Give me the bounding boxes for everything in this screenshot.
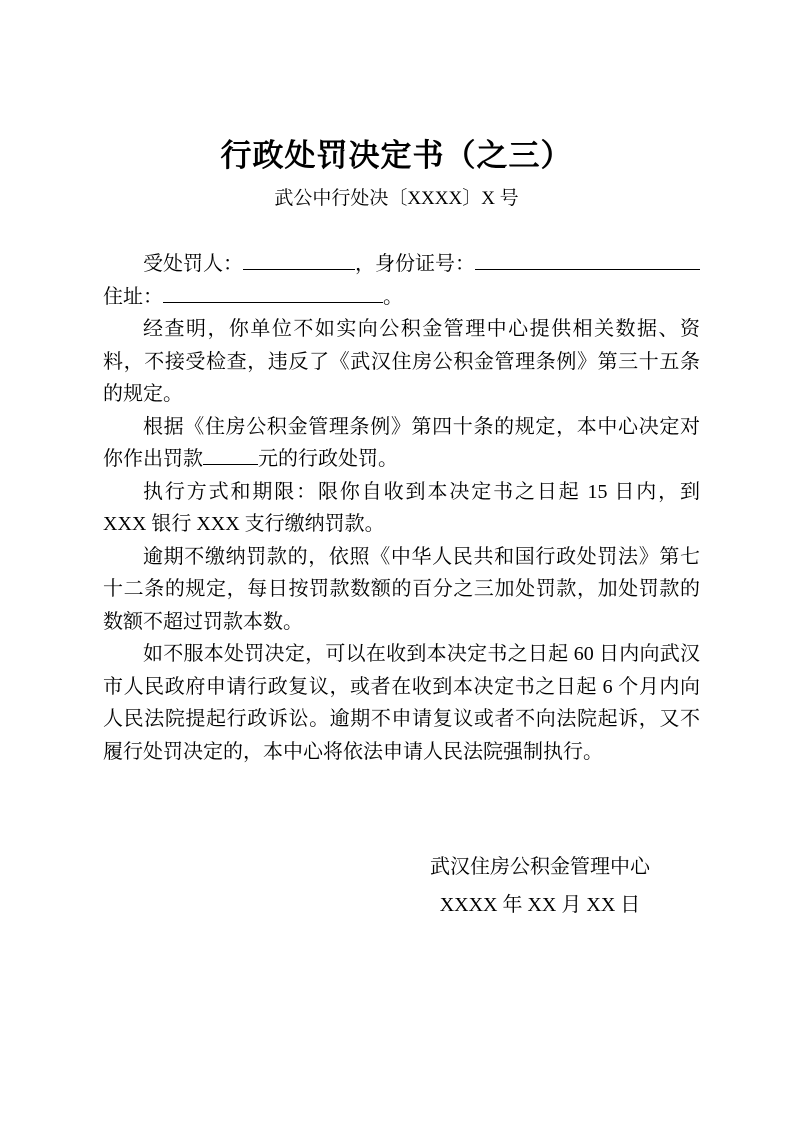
recipient-label: 受处罚人： — [143, 248, 243, 281]
id-number-blank[interactable] — [475, 269, 700, 270]
signature-date: XXXX 年 XX 月 XX 日 — [360, 886, 720, 924]
document-page: 行政处罚决定书（之三） 武公中行处决〔XXXX〕X 号 受处罚人： ，身份证号：… — [0, 0, 793, 1122]
paragraph-decision: 根据《住房公积金管理条例》第四十条的规定，本中心决定对你作出罚款元的行政处罚。 — [103, 411, 700, 476]
address-label: 住址： — [103, 286, 163, 308]
id-number-label: ，身份证号： — [355, 248, 475, 281]
paragraph-appeal-rights: 如不服本处罚决定，可以在收到本决定书之日起 60 日内向武汉市人民政府申请行政复… — [103, 638, 700, 768]
address-suffix: 。 — [383, 286, 403, 308]
fine-amount-blank[interactable] — [203, 464, 258, 465]
recipient-name-blank[interactable] — [243, 269, 355, 270]
paragraph-execution: 执行方式和期限：限你自收到本决定书之日起 15 日内，到 XXX 银行 XXX … — [103, 476, 700, 541]
document-title: 行政处罚决定书（之三） — [0, 0, 793, 176]
paragraph-overdue-penalty: 逾期不缴纳罚款的，依照《中华人民共和国行政处罚法》第七十二条的规定，每日按罚款数… — [103, 541, 700, 639]
party-identity-line: 受处罚人： ，身份证号： — [103, 248, 700, 281]
document-body: 受处罚人： ，身份证号： 住址：。 经查明，你单位不如实向公积金管理中心提供相关… — [103, 248, 700, 768]
document-number: 武公中行处决〔XXXX〕X 号 — [0, 186, 793, 212]
paragraph-facts: 经查明，你单位不如实向公积金管理中心提供相关数据、资料，不接受检查，违反了《武汉… — [103, 313, 700, 411]
signature-organization: 武汉住房公积金管理中心 — [360, 848, 720, 886]
decision-text-prefix: 根据《住房公积金管理条例》第四十条的规定，本中心决定对你作出罚款 — [103, 416, 700, 471]
party-address-line: 住址：。 — [103, 281, 700, 314]
signature-block: 武汉住房公积金管理中心 XXXX 年 XX 月 XX 日 — [360, 848, 720, 924]
address-blank[interactable] — [163, 302, 383, 303]
decision-text-suffix: 元的行政处罚。 — [258, 448, 398, 470]
